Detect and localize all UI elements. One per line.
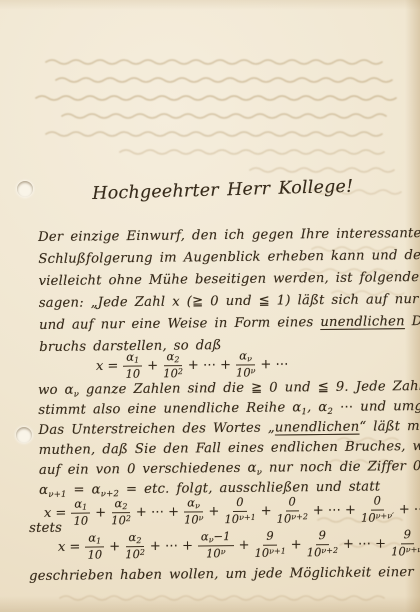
formula-nines-expansion: x =α110+α2102+ ⋯ +αν−110ν+910ν+1+910ν+2+…	[58, 529, 420, 561]
math-operator: + ⋯ +	[136, 504, 179, 519]
math-operator: +	[95, 505, 106, 520]
fraction-denominator: 10ν+2	[277, 511, 308, 525]
fraction: α2102	[111, 498, 131, 526]
fraction-denominator: 10ν	[236, 365, 256, 379]
math-operator: +	[147, 358, 158, 373]
fraction-numerator: αν−1	[198, 531, 234, 546]
math-operator: +	[291, 537, 302, 552]
fraction-numerator: 0	[371, 495, 384, 510]
fraction-numerator: 9	[263, 531, 276, 546]
fraction-numerator: 0	[285, 496, 298, 511]
fraction-denominator: 10ν+1	[254, 545, 285, 559]
math-operator: + ⋯ +	[313, 502, 356, 517]
formula-decimal-expansion: x =α110+α2102+ ⋯ +αν10ν+ ⋯	[96, 350, 289, 380]
letter-page: Hochgeehrter Herr Kollege! Der einzige E…	[0, 0, 420, 612]
fraction: 010ν+1	[224, 497, 256, 525]
fraction-numerator: α2	[111, 498, 130, 513]
fraction-denominator: 102	[111, 513, 131, 527]
fraction: 010ν+2	[276, 496, 308, 524]
fraction: α2102	[163, 351, 183, 379]
fraction: 910ν+1	[254, 531, 286, 559]
punch-hole-bottom	[16, 427, 32, 443]
fraction: αν−110ν	[198, 531, 234, 559]
math-operator: + ⋯	[399, 501, 420, 516]
fraction-denominator: 10ν+2	[307, 544, 338, 558]
fraction: α110	[123, 352, 142, 380]
handwriting-line: und auf nur eine Weise in Form eines une…	[39, 311, 405, 337]
math-operator: + ⋯ +	[150, 538, 193, 553]
fraction: αν10ν	[236, 350, 256, 378]
fraction-numerator: 0	[233, 497, 246, 512]
fraction: αν10ν	[184, 497, 204, 525]
fraction-numerator: α2	[125, 532, 144, 547]
math-operator: x =	[44, 505, 67, 520]
fraction-numerator: αν	[184, 497, 203, 512]
paragraph-2: wo αν ganze Zahlen sind die ≧ 0 und ≦ 9.…	[38, 377, 405, 501]
math-operator: +	[109, 539, 120, 554]
fraction: α2102	[125, 532, 145, 560]
punch-hole-top	[17, 181, 33, 197]
formula-terminating-expansion: x =α110+α2102+ ⋯ +αν10ν+010ν+1+010ν+2+ ⋯…	[44, 495, 420, 527]
fraction-denominator: 10ν+ν′	[361, 510, 394, 524]
math-operator: + ⋯	[260, 356, 288, 371]
fraction-numerator: 9	[401, 529, 414, 544]
fraction: 910ν+2	[307, 530, 339, 558]
fraction-denominator: 10	[87, 547, 102, 561]
fraction: α110	[85, 532, 104, 560]
math-operator: + ⋯ +	[188, 357, 231, 372]
fraction-denominator: 102	[125, 547, 145, 561]
fraction-numerator: α1	[71, 499, 90, 514]
math-operator: +	[238, 537, 249, 552]
paragraph-1: Der einzige Einwurf, den ich gegen Ihre …	[38, 223, 405, 359]
math-operator: x =	[96, 358, 119, 373]
fraction-denominator: 10	[73, 513, 88, 527]
fraction-denominator: 10ν+ν′	[391, 544, 420, 558]
fraction: α110	[71, 499, 90, 527]
fraction: 910ν+ν′	[391, 529, 420, 557]
fraction-denominator: 10	[125, 366, 140, 380]
fraction-denominator: 10ν	[206, 546, 226, 560]
fraction-numerator: αν	[236, 350, 255, 365]
fraction-denominator: 10ν+1	[224, 511, 255, 525]
fraction-numerator: α1	[123, 352, 142, 367]
fraction-numerator: α2	[163, 351, 182, 366]
fraction-denominator: 102	[163, 366, 183, 380]
math-operator: + ⋯ +	[343, 536, 386, 551]
fraction: 010ν+ν′	[361, 495, 394, 523]
fraction-numerator: α1	[85, 532, 104, 547]
fraction-numerator: 9	[315, 530, 328, 545]
math-operator: +	[208, 504, 219, 519]
math-operator: x =	[58, 539, 81, 554]
fraction-denominator: 10ν	[184, 512, 204, 526]
math-operator: +	[261, 503, 272, 518]
